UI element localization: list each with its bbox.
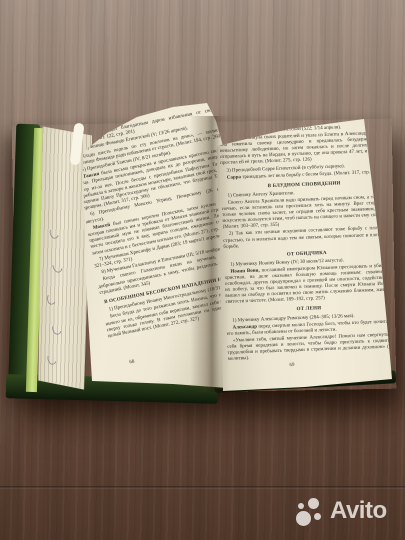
avito-logo-icon xyxy=(296,497,326,527)
handwritten-scribble xyxy=(46,292,57,305)
handwritten-scribble xyxy=(45,351,58,366)
avito-logo-dot xyxy=(296,511,311,526)
text-block-body: Иоанн Воин, посланный императором Юлиано… xyxy=(224,263,391,306)
handwritten-scribble xyxy=(50,321,64,336)
left-page-number: 68 xyxy=(121,358,144,366)
text-block-body: «Умоляем тебя, святый мучениче Александр… xyxy=(227,332,394,363)
avito-logo-dot xyxy=(298,503,304,509)
wood-plank-seam xyxy=(0,486,405,489)
right-page-number: 69 xyxy=(281,363,303,369)
avito-logo-dot xyxy=(308,498,319,509)
handwritten-scribble xyxy=(50,259,64,274)
avito-watermark: Avito xyxy=(292,492,402,532)
avito-watermark-label: Avito xyxy=(330,492,387,532)
right-page-text: 2) Преподобной Марии Египетской (522; 1/… xyxy=(219,124,394,364)
photo-scene: Евфимий обладал благодатным даром избавл… xyxy=(0,0,405,540)
avito-logo-dot xyxy=(314,513,321,520)
text-block-body: Своего Ангела Хранителя надо призывать п… xyxy=(222,195,389,232)
handwritten-scribble xyxy=(48,225,61,240)
